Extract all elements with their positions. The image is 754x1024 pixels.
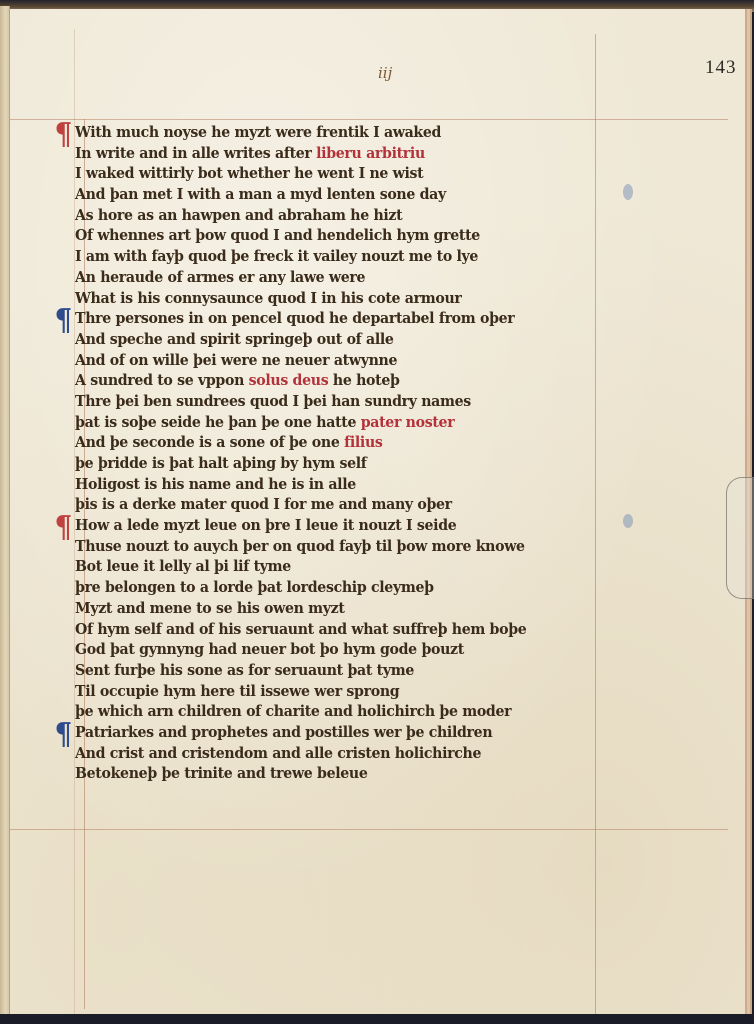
text-line: And crist and cristendom and alle criste…: [62, 743, 620, 764]
text-line: And þan met I with a man a myd lenten so…: [62, 184, 620, 205]
text-line: And of on wille þei were ne neuer atwynn…: [62, 350, 620, 371]
text-line: Thre þei ben sundrees quod I þei han sun…: [62, 391, 620, 412]
text-line: I waked wittirly bot whether he went I n…: [62, 163, 620, 184]
text-line: ¶How a lede myzt leue on þre I leue it n…: [62, 515, 620, 536]
text-line: An heraude of armes er any lawe were: [62, 267, 620, 288]
text-line: And þe seconde is a sone of þe one filiu…: [62, 432, 620, 453]
text-line: Myzt and mene to se his owen myzt: [62, 598, 620, 619]
rubric-text: filius: [344, 433, 382, 451]
text-line: Of hym self and of his seruaunt and what…: [62, 619, 620, 640]
text-line: þe which arn children of charite and hol…: [62, 701, 620, 722]
text-line: What is his connysaunce quod I in his co…: [62, 288, 620, 309]
rubric-text: pater noster: [361, 413, 455, 431]
text-line: A sundred to se vppon solus deus he hote…: [62, 370, 620, 391]
text-block: ¶With much noyse he myzt were frentik I …: [62, 122, 662, 784]
text-line: In write and in alle writes after liberu…: [62, 143, 620, 164]
page-tab: [726, 477, 754, 599]
rubric-text: liberu arbitriu: [316, 144, 425, 162]
ruling-bottom: [8, 829, 728, 830]
text-line: And speche and spirit springeþ out of al…: [62, 329, 620, 350]
ruling-top: [8, 119, 728, 120]
text-line: ¶With much noyse he myzt were frentik I …: [62, 122, 620, 143]
rubric-text: solus deus: [249, 371, 329, 389]
text-line: þe þridde is þat halt aþing by hym self: [62, 453, 620, 474]
text-line: Betokeneþ þe trinite and trewe beleue: [62, 763, 620, 784]
text-line: Of whennes art þow quod I and hendelich …: [62, 225, 620, 246]
text-line: Til occupie hym here til issewe wer spro…: [62, 681, 620, 702]
text-line: ¶Thre persones in on pencel quod he depa…: [62, 308, 620, 329]
text-line: þis is a derke mater quod I for me and m…: [62, 494, 620, 515]
scan-bottom-edge: [0, 1014, 754, 1024]
folio-number: 143: [705, 57, 737, 79]
text-line: Thuse nouzt to auych þer on quod fayþ ti…: [62, 536, 620, 557]
text-line: God þat gynnyng had neuer bot þo hym god…: [62, 639, 620, 660]
text-line: þre belongen to a lorde þat lordeschip c…: [62, 577, 620, 598]
binding-gutter: [0, 6, 10, 1016]
text-line: Holigost is his name and he is in alle: [62, 474, 620, 495]
text-line: Sent furþe his sone as for seruaunt þat …: [62, 660, 620, 681]
text-line: Bot leue it lelly al þi lif tyme: [62, 556, 620, 577]
quire-signature-mark: iij: [378, 64, 392, 82]
text-line: I am with fayþ quod þe freck it vailey n…: [62, 246, 620, 267]
text-line: þat is soþe seide he þan þe one hatte pa…: [62, 412, 620, 433]
text-line: ¶Patriarkes and prophetes and postilles …: [62, 722, 620, 743]
text-line: As hore as an hawpen and abraham he hizt: [62, 205, 620, 226]
